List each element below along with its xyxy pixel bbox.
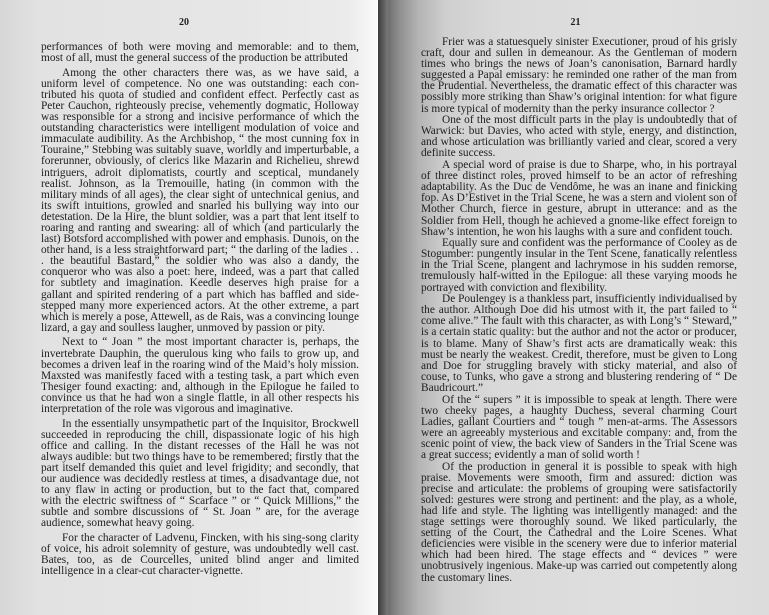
- paragraph: De Poulengey is a thankless part, insuff…: [421, 294, 737, 394]
- paragraph: Of the “ supers ” it is impossible to sp…: [421, 395, 737, 462]
- paragraph: One of the most difficult parts in the p…: [421, 115, 737, 159]
- paragraph: Next to “ Joan ” the most important char…: [41, 337, 359, 415]
- paragraph: Equally sure and confident was the perfo…: [421, 238, 737, 293]
- paragraph: A special word of praise is due to Sharp…: [421, 160, 737, 238]
- paragraph: performances of both were moving and mem…: [41, 42, 359, 64]
- paragraph: Of the production in general it is possi…: [421, 462, 737, 584]
- right-page: 21 Frier was a statuesquely sinister Exe…: [388, 0, 769, 615]
- paragraph: For the character of Ladvenu, Fincken, w…: [41, 533, 359, 577]
- page-body: Frier was a statuesquely sinister Execut…: [421, 37, 737, 584]
- paragraph: Frier was a statuesquely sinister Execut…: [421, 37, 737, 115]
- left-page: 20 performances of both were moving and …: [0, 0, 378, 615]
- page-number: 21: [388, 17, 766, 28]
- page-body: performances of both were moving and mem…: [41, 42, 359, 581]
- paragraph: Among the other characters there was, as…: [41, 68, 359, 334]
- book-spine: [378, 0, 388, 615]
- page-number: 20: [0, 17, 373, 28]
- paragraph: In the essentially unsympathetic part of…: [41, 419, 359, 530]
